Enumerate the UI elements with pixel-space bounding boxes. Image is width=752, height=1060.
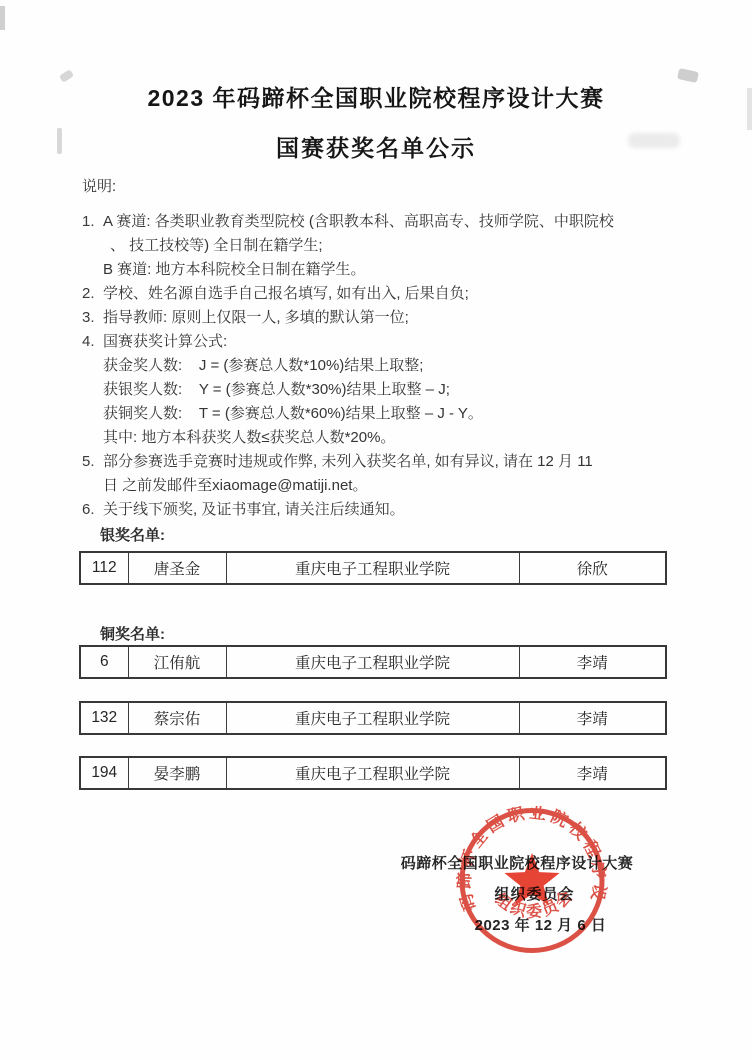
note-item-1: 1. A 赛道: 各类职业教育类型院校 (含职教本科、高职高专、技师学院、中职院… <box>82 210 692 282</box>
notes-section: 说明: 1. A 赛道: 各类职业教育类型院校 (含职教本科、高职高专、技师学院… <box>82 176 692 522</box>
note-line: A 赛道: 各类职业教育类型院校 (含职教本科、高职高专、技师学院、中职院校 <box>103 210 692 234</box>
note-line: 日 之前发邮件至xiaomage@matiji.net。 <box>103 474 692 498</box>
bronze-award-table-3: 194 晏李鹏 重庆电子工程职业学院 李靖 <box>79 756 667 790</box>
note-line: 关于线下颁奖, 及证书事宜, 请关注后续通知。 <box>103 498 692 522</box>
bronze-award-table-1: 6 江侑航 重庆电子工程职业学院 李靖 <box>79 645 667 679</box>
note-line: 指导教师: 原则上仅限一人, 多填的默认第一位; <box>103 306 692 330</box>
notes-heading: 说明: <box>82 176 692 198</box>
note-item-3: 3. 指导教师: 原则上仅限一人, 多填的默认第一位; <box>82 306 692 330</box>
cell-school: 重庆电子工程职业学院 <box>226 646 519 678</box>
note-line: 、 技工技校等) 全日制在籍学生; <box>103 234 692 258</box>
note-item-2: 2. 学校、姓名源自选手自己报名填写, 如有出入, 后果自负; <box>82 282 692 306</box>
document-page: 2023 年码蹄杯全国职业院校程序设计大赛 国赛获奖名单公示 说明: 1. A … <box>0 0 752 1060</box>
cell-name: 江侑航 <box>128 646 226 678</box>
table-row: 112 唐圣金 重庆电子工程职业学院 徐欣 <box>80 552 666 584</box>
note-item-5: 5. 部分参赛选手竞赛时违规或作弊, 未列入获奖名单, 如有异议, 请在 12 … <box>82 450 692 498</box>
bronze-list-label: 铜奖名单: <box>100 623 165 644</box>
cell-name: 晏李鹏 <box>128 757 226 789</box>
cell-teacher: 李靖 <box>519 757 666 789</box>
note-item-6: 6. 关于线下颁奖, 及证书事宜, 请关注后续通知。 <box>82 498 692 522</box>
formula-note-line: 其中: 地方本科获奖人数≤获奖总人数*20%。 <box>103 426 692 450</box>
note-line: 学校、姓名源自选手自己报名填写, 如有出入, 后果自负; <box>103 282 692 306</box>
note-item-number: 1. <box>82 210 103 282</box>
cell-teacher: 李靖 <box>519 646 666 678</box>
formula-silver-line: 获银奖人数: Y = (参赛总人数*30%)结果上取整 – J; <box>103 378 692 402</box>
cell-name: 唐圣金 <box>128 552 226 584</box>
table-row: 132 蔡宗佑 重庆电子工程职业学院 李靖 <box>80 702 666 734</box>
note-item-4: 4. 国赛获奖计算公式: 获金奖人数: J = (参赛总人数*10%)结果上取整… <box>82 330 692 450</box>
table-row: 194 晏李鹏 重庆电子工程职业学院 李靖 <box>80 757 666 789</box>
note-item-number: 6. <box>82 498 103 522</box>
silver-list-label: 银奖名单: <box>100 524 165 545</box>
cell-rank: 194 <box>80 757 128 789</box>
bronze-award-table-2: 132 蔡宗佑 重庆电子工程职业学院 李靖 <box>79 701 667 735</box>
cell-rank: 112 <box>80 552 128 584</box>
doc-title-line1: 2023 年码蹄杯全国职业院校程序设计大赛 <box>0 80 752 113</box>
silver-award-table: 112 唐圣金 重庆电子工程职业学院 徐欣 <box>79 551 667 585</box>
note-line: 部分参赛选手竞赛时违规或作弊, 未列入获奖名单, 如有异议, 请在 12 月 1… <box>103 450 692 474</box>
doc-title-line2: 国赛获奖名单公示 <box>0 130 752 163</box>
cell-rank: 6 <box>80 646 128 678</box>
note-item-number: 3. <box>82 306 103 330</box>
cell-school: 重庆电子工程职业学院 <box>226 552 519 584</box>
note-line: 国赛获奖计算公式: <box>103 330 692 354</box>
note-item-number: 5. <box>82 450 103 498</box>
table-row: 6 江侑航 重庆电子工程职业学院 李靖 <box>80 646 666 678</box>
cell-school: 重庆电子工程职业学院 <box>226 757 519 789</box>
note-item-number: 4. <box>82 330 103 450</box>
signature-date: 2023 年 12 月 6 日 <box>458 914 623 935</box>
note-item-number: 2. <box>82 282 103 306</box>
cell-school: 重庆电子工程职业学院 <box>226 702 519 734</box>
note-line: B 赛道: 地方本科院校全日制在籍学生。 <box>103 258 692 282</box>
scan-artifact <box>0 6 5 30</box>
cell-teacher: 徐欣 <box>519 552 666 584</box>
signature-committee-line: 组织委员会 <box>462 883 607 904</box>
signature-org-line: 码蹄杯全国职业院校程序设计大赛 <box>397 852 637 873</box>
formula-gold-line: 获金奖人数: J = (参赛总人数*10%)结果上取整; <box>103 354 692 378</box>
cell-teacher: 李靖 <box>519 702 666 734</box>
cell-rank: 132 <box>80 702 128 734</box>
cell-name: 蔡宗佑 <box>128 702 226 734</box>
formula-bronze-line: 获铜奖人数: T = (参赛总人数*60%)结果上取整 – J - Y。 <box>103 402 692 426</box>
